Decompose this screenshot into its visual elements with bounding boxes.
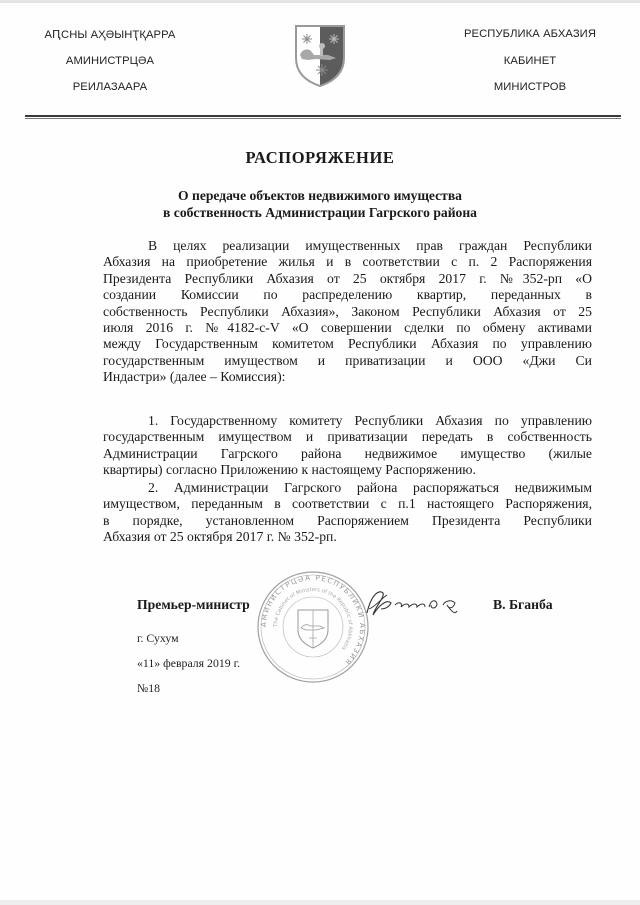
text-line: июля 2016 г. №4182-с-V «О совершении сде… [103, 320, 592, 336]
item-1-paragraph: 1. Государственному комитету Республики … [103, 413, 592, 479]
document-date: «11» февраля 2019 г. [137, 656, 240, 671]
signatory-position: Премьер-министр [137, 597, 250, 613]
text-line: создании Комиссии по распределению кварт… [103, 287, 592, 303]
header-left-abkhaz: АԤСНЫ АҲӘЫНҬҚАРРА АМИНИСТРЦӘА РЕИЛАЗААРА [20, 28, 200, 98]
text-line: 2. Администрации Гагрского района распор… [103, 480, 592, 496]
header-left-line3: РЕИЛАЗААРА [20, 81, 200, 93]
text-line: собственность Республики Абхазия», Закон… [103, 304, 592, 320]
document-subtitle: О передаче объектов недвижимого имуществ… [0, 187, 640, 221]
text-line: государственным имуществом и приватизаци… [103, 353, 592, 369]
document-page: АԤСНЫ АҲӘЫНҬҚАРРА АМИНИСТРЦӘА РЕИЛАЗААРА… [0, 0, 640, 905]
handwritten-signature-icon [365, 585, 475, 625]
header-rule-thin [25, 118, 621, 119]
text-line: Администрации Гагрского района недвижимо… [103, 446, 592, 462]
text-line: между Государственным комитетом Республи… [103, 336, 592, 352]
text-line: Абхазия на приобретение жилья и в соотве… [103, 254, 592, 270]
text-line: имуществом, переданным в соответствии с … [103, 496, 592, 512]
header-right-russian: РЕСПУБЛИКА АБХАЗИЯ КАБИНЕТ МИНИСТРОВ [440, 28, 620, 98]
header-left-line2: АМИНИСТРЦӘА [20, 55, 200, 67]
document-city: г. Сухум [137, 631, 179, 646]
text-line: квартиры) согласно Приложению к настояще… [103, 462, 592, 478]
coat-of-arms-icon [292, 22, 348, 88]
signatory-name: В. Бганба [493, 597, 553, 613]
text-line: в порядке, установленном Распоряжением П… [103, 513, 592, 529]
header-right-line2: КАБИНЕТ [440, 55, 620, 67]
text-line: Президента Республики Абхазия от 25 октя… [103, 271, 592, 287]
header-right-line1: РЕСПУБЛИКА АБХАЗИЯ [440, 28, 620, 40]
document-title: РАСПОРЯЖЕНИЕ [0, 148, 640, 168]
header-right-line3: МИНИСТРОВ [440, 81, 620, 93]
text-line: 1. Государственному комитету Республики … [103, 413, 592, 429]
subtitle-line2: в собственность Администрации Гагрского … [0, 204, 640, 221]
scan-edge-bottom [0, 900, 640, 905]
preamble-paragraph: В целях реализации имущественных прав гр… [103, 238, 592, 386]
item-2-paragraph: 2. Администрации Гагрского района распор… [103, 480, 592, 546]
text-line: Абхазия от 25 октября 2017 г. № 352-рп. [103, 529, 592, 545]
text-line: В целях реализации имущественных прав гр… [103, 238, 592, 254]
document-number: №18 [137, 681, 160, 696]
header-rule-thick [25, 115, 621, 117]
text-line: государственным имуществом и приватизаци… [103, 429, 592, 445]
subtitle-line1: О передаче объектов недвижимого имуществ… [0, 187, 640, 204]
header-left-line1: АԤСНЫ АҲӘЫНҬҚАРРА [20, 28, 200, 41]
scan-edge-top [0, 0, 640, 3]
text-line: Индастри» (далее – Комиссия): [103, 369, 592, 385]
official-seal-icon: АМИНИСТРЦӘА РЕСПУБЛИКИ АБХАЗИЯ The Cabin… [256, 570, 370, 684]
